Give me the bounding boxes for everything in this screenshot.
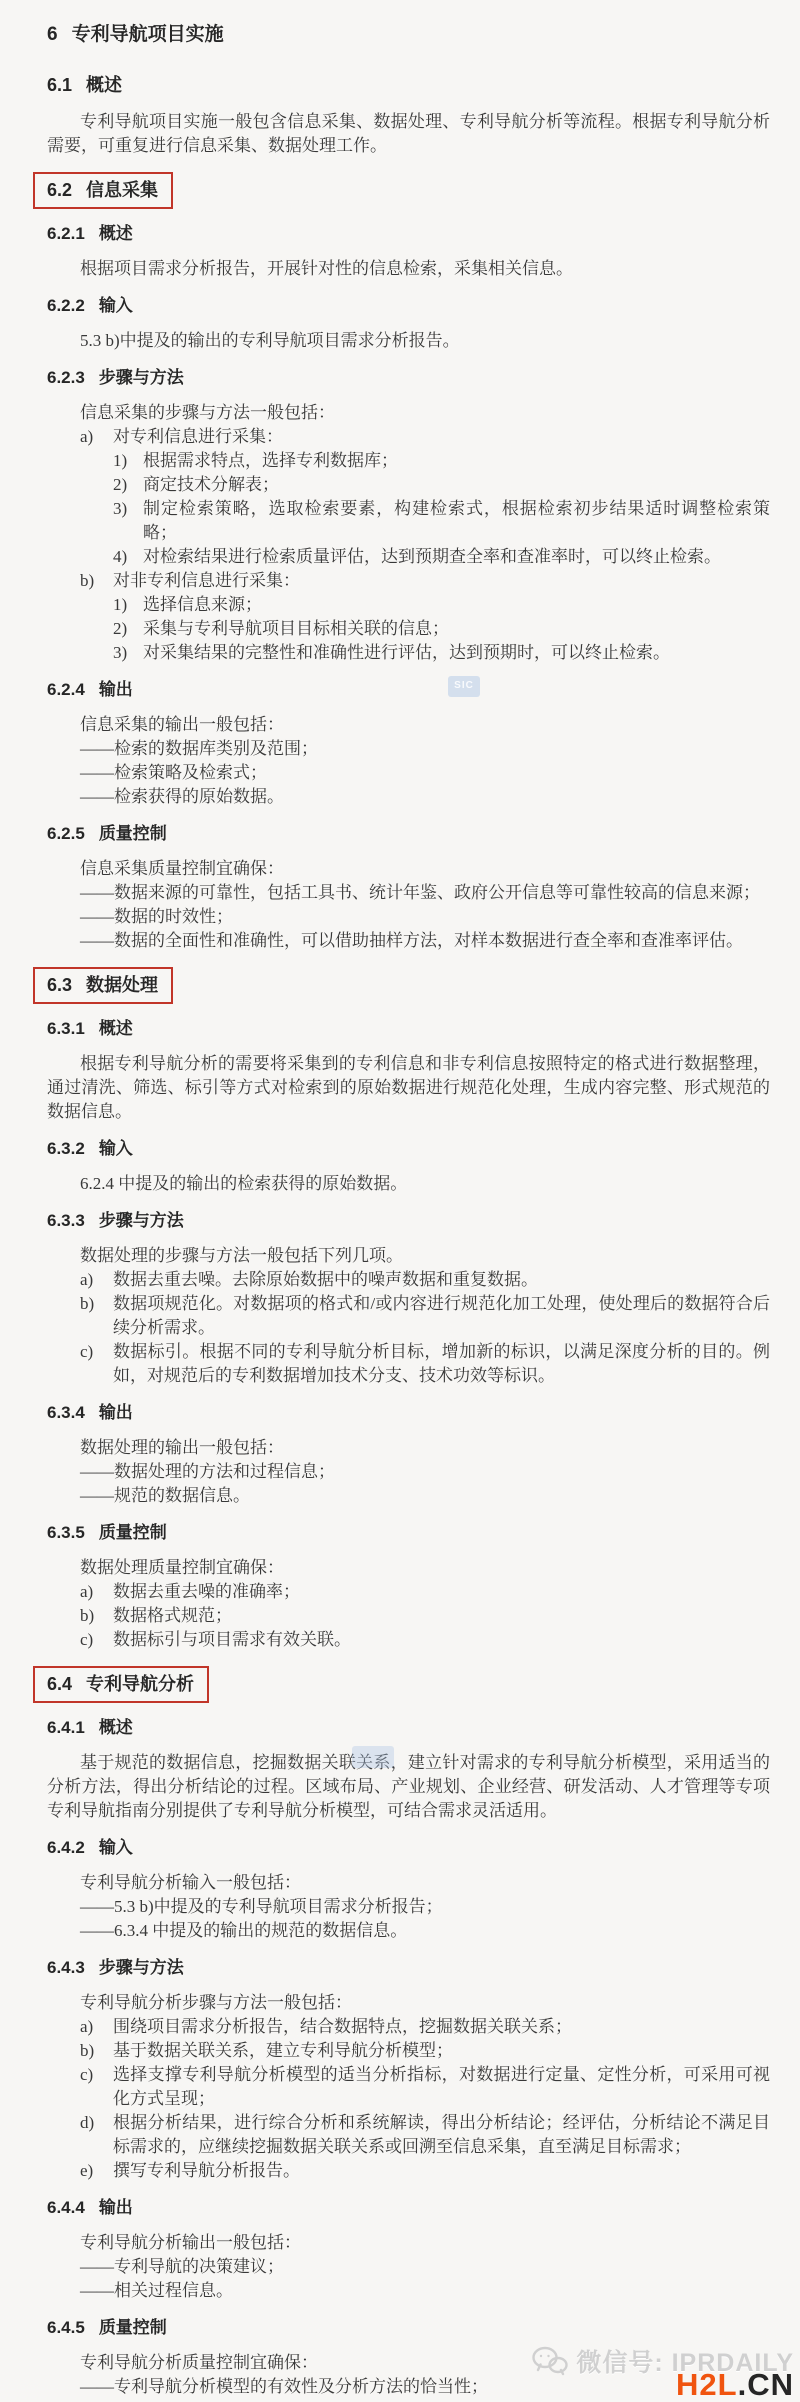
page-footer-watermark: 微信号: IPRDAILY H2L.CN [531, 2343, 794, 2400]
heading-title: 概述 [99, 224, 133, 243]
list-marker: c) [80, 2063, 93, 2087]
dash-item: ——数据的时效性； [47, 905, 770, 929]
dash-item: ——规范的数据信息。 [47, 1484, 770, 1508]
heading-title: 输入 [99, 296, 133, 315]
heading-title: 质量控制 [99, 1523, 167, 1542]
watermark-stamp: SIC [448, 676, 480, 697]
dash-item: ——检索获得的原始数据。 [47, 785, 770, 809]
heading-number: 6.2.1 [47, 224, 85, 243]
section-heading: 6.1概述 [47, 72, 770, 98]
list-marker: a) [80, 1268, 93, 1292]
list-item: a)数据去重去噪的准确率； [47, 1580, 770, 1604]
heading-title: 输入 [99, 1139, 133, 1158]
heading-inner: 6.3.2输入 [47, 1139, 133, 1158]
heading-number: 6.4.3 [47, 1958, 85, 1977]
list-text: 对非专利信息进行采集： [113, 571, 300, 590]
list-text: 数据格式规范； [113, 1606, 232, 1625]
heading-number: 6.4.1 [47, 1718, 85, 1737]
heading-inner: 6.4.2输入 [47, 1838, 133, 1857]
heading-number: 6.2.5 [47, 824, 85, 843]
subsection-heading: 6.2.4输出 [47, 677, 770, 703]
subsection-heading: 6.3.2输入 [47, 1136, 770, 1162]
section-heading: 6.2信息采集 [47, 172, 770, 209]
list-item: d)根据分析结果，进行综合分析和系统解读，得出分析结论；经评估，分析结论不满足目… [47, 2111, 770, 2159]
list-marker: a) [80, 2015, 93, 2039]
heading-inner: 6专利导航项目实施 [47, 24, 224, 45]
heading-number: 6.3.1 [47, 1019, 85, 1038]
list-marker: b) [80, 1604, 94, 1628]
list-marker: b) [80, 2039, 94, 2063]
heading-title: 质量控制 [99, 824, 167, 843]
list-item: a)对专利信息进行采集： [47, 425, 770, 449]
paragraph: 信息采集的步骤与方法一般包括： [47, 401, 770, 425]
heading-number: 6.4 [47, 1674, 72, 1694]
list-marker: 1) [113, 593, 127, 617]
heading-inner: 6.2.3步骤与方法 [47, 368, 184, 387]
list-text: 撰写专利导航分析报告。 [113, 2161, 300, 2180]
heading-title: 步骤与方法 [99, 368, 184, 387]
heading-number: 6.4.4 [47, 2198, 85, 2217]
heading-title: 概述 [99, 1019, 133, 1038]
list-item: 3)对采集结果的完整性和准确性进行评估，达到预期时，可以终止检索。 [47, 641, 770, 665]
list-marker: 1) [113, 449, 127, 473]
paragraph: 信息采集的输出一般包括： [47, 713, 770, 737]
section-heading: 6.3数据处理 [47, 967, 770, 1004]
list-item: c)数据标引。根据不同的专利导航分析目标，增加新的标识，以满足深度分析的目的。例… [47, 1340, 770, 1388]
list-item: c)选择支撑专利导航分析模型的适当分析指标，对数据进行定量、定性分析，可采用可视… [47, 2063, 770, 2111]
list-marker: 4) [113, 545, 127, 569]
list-marker: 2) [113, 617, 127, 641]
heading-title: 信息采集 [86, 180, 158, 200]
list-item: 2)商定技术分解表； [47, 473, 770, 497]
chapter-heading: 6专利导航项目实施 [47, 22, 770, 48]
heading-number: 6.2 [47, 180, 72, 200]
site-tld: .CN [738, 2367, 794, 2402]
heading-number: 6.2.3 [47, 368, 85, 387]
paragraph: 信息采集质量控制宜确保： [47, 857, 770, 881]
heading-title: 专利导航项目实施 [72, 24, 224, 45]
paragraph: 5.3 b)中提及的输出的专利导航项目需求分析报告。 [47, 329, 770, 353]
list-text: 商定技术分解表； [143, 475, 279, 494]
heading-title: 概述 [99, 1718, 133, 1737]
heading-number: 6.4.5 [47, 2318, 85, 2337]
heading-number: 6 [47, 24, 58, 45]
heading-title: 概述 [86, 75, 122, 95]
heading-inner: 6.4.3步骤与方法 [47, 1958, 184, 1977]
list-text: 数据去重去噪。去除原始数据中的噪声数据和重复数据。 [113, 1270, 538, 1289]
heading-inner: 6.1概述 [47, 75, 122, 95]
list-text: 根据需求特点，选择专利数据库； [143, 451, 398, 470]
list-text: 数据标引。根据不同的专利导航分析目标，增加新的标识，以满足深度分析的目的。例如，… [113, 1342, 770, 1385]
heading-title: 输出 [99, 1403, 133, 1422]
list-marker: 3) [113, 641, 127, 665]
paragraph: 根据专利导航分析的需要将采集到的专利信息和非专利信息按照特定的格式进行数据整理，… [47, 1052, 770, 1124]
heading-number: 6.3 [47, 975, 72, 995]
dash-item: ——数据的全面性和准确性，可以借助抽样方法，对样本数据进行查全率和查准率评估。 [47, 929, 770, 953]
list-item: a)围绕项目需求分析报告，结合数据特点，挖掘数据关联关系； [47, 2015, 770, 2039]
list-item: 1)根据需求特点，选择专利数据库； [47, 449, 770, 473]
heading-inner: 6.2.1概述 [47, 224, 133, 243]
paragraph: 根据项目需求分析报告，开展针对性的信息检索，采集相关信息。 [47, 257, 770, 281]
list-text: 对采集结果的完整性和准确性进行评估，达到预期时，可以终止检索。 [143, 643, 670, 662]
paragraph: 数据处理质量控制宜确保： [47, 1556, 770, 1580]
paragraph: 专利导航分析输入一般包括： [47, 1871, 770, 1895]
list-item: 2)采集与专利导航项目目标相关联的信息； [47, 617, 770, 641]
list-item: 1)选择信息来源； [47, 593, 770, 617]
list-text: 对检索结果进行检索质量评估，达到预期查全率和查准率时，可以终止检索。 [143, 547, 721, 566]
list-item: 3)制定检索策略，选取检索要素，构建检索式，根据检索初步结果适时调整检索策略； [47, 497, 770, 545]
list-marker: c) [80, 1340, 93, 1364]
paragraph: 6.2.4 中提及的输出的检索获得的原始数据。 [47, 1172, 770, 1196]
heading-inner: 6.3.5质量控制 [47, 1523, 167, 1542]
heading-title: 质量控制 [99, 2318, 167, 2337]
subsection-heading: 6.3.1概述 [47, 1016, 770, 1042]
heading-inner: 6.4.4输出 [47, 2198, 133, 2217]
heading-number: 6.3.2 [47, 1139, 85, 1158]
subsection-heading: 6.2.1概述 [47, 221, 770, 247]
subsection-heading: 6.2.3步骤与方法 [47, 365, 770, 391]
list-item: a)数据去重去噪。去除原始数据中的噪声数据和重复数据。 [47, 1268, 770, 1292]
list-item: b)基于数据关联关系，建立专利导航分析模型； [47, 2039, 770, 2063]
list-item: b)数据项规范化。对数据项的格式和/或内容进行规范化加工处理，使处理后的数据符合… [47, 1292, 770, 1340]
heading-inner: 6.3.4输出 [47, 1403, 133, 1422]
dash-item: ——检索的数据库类别及范围； [47, 737, 770, 761]
subsection-heading: 6.3.4输出 [47, 1400, 770, 1426]
list-text: 制定检索策略，选取检索要素，构建检索式，根据检索初步结果适时调整检索策略； [143, 499, 770, 542]
paragraph: 专利导航项目实施一般包含信息采集、数据处理、专利导航分析等流程。根据专利导航分析… [47, 110, 770, 158]
subsection-heading: 6.4.3步骤与方法 [47, 1955, 770, 1981]
heading-inner: 6.3.1概述 [47, 1019, 133, 1038]
list-item: c)数据标引与项目需求有效关联。 [47, 1628, 770, 1652]
list-marker: a) [80, 1580, 93, 1604]
heading-number: 6.2.2 [47, 296, 85, 315]
paragraph: 专利导航分析步骤与方法一般包括： [47, 1991, 770, 2015]
list-text: 选择信息来源； [143, 595, 262, 614]
dash-item: ——5.3 b)中提及的专利导航项目需求分析报告； [47, 1895, 770, 1919]
red-highlight-box: 6.4专利导航分析 [33, 1666, 209, 1703]
list-item: 4)对检索结果进行检索质量评估，达到预期查全率和查准率时，可以终止检索。 [47, 545, 770, 569]
scanned-document-page: 6专利导航项目实施6.1概述专利导航项目实施一般包含信息采集、数据处理、专利导航… [0, 0, 800, 2402]
section-heading: 6.4专利导航分析 [47, 1666, 770, 1703]
document-body: 6专利导航项目实施6.1概述专利导航项目实施一般包含信息采集、数据处理、专利导航… [47, 22, 770, 2399]
list-text: 选择支撑专利导航分析模型的适当分析指标，对数据进行定量、定性分析，可采用可视化方… [113, 2065, 770, 2108]
paragraph: 数据处理的输出一般包括： [47, 1436, 770, 1460]
dash-item: ——检索策略及检索式； [47, 761, 770, 785]
heading-number: 6.4.2 [47, 1838, 85, 1857]
site-name: H2L [676, 2367, 738, 2402]
list-marker: b) [80, 569, 94, 593]
dash-item: ——专利导航的决策建议； [47, 2255, 770, 2279]
subsection-heading: 6.4.2输入 [47, 1835, 770, 1861]
heading-title: 专利导航分析 [86, 1674, 194, 1694]
subsection-heading: 6.4.1概述 [47, 1715, 770, 1741]
list-text: 根据分析结果，进行综合分析和系统解读，得出分析结论；经评估，分析结论不满足目标需… [113, 2113, 770, 2156]
heading-title: 输入 [99, 1838, 133, 1857]
dash-item: ——数据处理的方法和过程信息； [47, 1460, 770, 1484]
list-text: 对专利信息进行采集： [113, 427, 283, 446]
list-text: 数据去重去噪的准确率； [113, 1582, 300, 1601]
heading-inner: 6.4.1概述 [47, 1718, 133, 1737]
subsection-heading: 6.2.5质量控制 [47, 821, 770, 847]
heading-title: 步骤与方法 [99, 1211, 184, 1230]
heading-number: 6.3.5 [47, 1523, 85, 1542]
subsection-heading: 6.4.4输出 [47, 2195, 770, 2221]
subsection-heading: 6.4.5质量控制 [47, 2315, 770, 2341]
heading-title: 步骤与方法 [99, 1958, 184, 1977]
heading-inner: 6.4.5质量控制 [47, 2318, 167, 2337]
subsection-heading: 6.2.2输入 [47, 293, 770, 319]
list-text: 数据项规范化。对数据项的格式和/或内容进行规范化加工处理，使处理后的数据符合后续… [113, 1294, 770, 1337]
dash-item: ——6.3.4 中提及的输出的规范的数据信息。 [47, 1919, 770, 1943]
list-marker: 3) [113, 497, 127, 521]
list-item: e)撰写专利导航分析报告。 [47, 2159, 770, 2183]
subsection-heading: 6.3.3步骤与方法 [47, 1208, 770, 1234]
heading-number: 6.2.4 [47, 680, 85, 699]
heading-inner: 6.3.3步骤与方法 [47, 1211, 184, 1230]
red-highlight-box: 6.3数据处理 [33, 967, 173, 1004]
heading-inner: 6.2.2输入 [47, 296, 133, 315]
heading-number: 6.1 [47, 75, 72, 95]
list-text: 采集与专利导航项目目标相关联的信息； [143, 619, 449, 638]
heading-title: 输出 [99, 680, 133, 699]
list-marker: 2) [113, 473, 127, 497]
red-highlight-box: 6.2信息采集 [33, 172, 173, 209]
heading-number: 6.3.3 [47, 1211, 85, 1230]
list-marker: b) [80, 1292, 94, 1316]
list-marker: e) [80, 2159, 93, 2183]
subsection-heading: 6.3.5质量控制 [47, 1520, 770, 1546]
list-text: 数据标引与项目需求有效关联。 [113, 1630, 351, 1649]
list-marker: c) [80, 1628, 93, 1652]
list-item: b)对非专利信息进行采集： [47, 569, 770, 593]
list-marker: d) [80, 2111, 94, 2135]
heading-title: 输出 [99, 2198, 133, 2217]
watermark-stamp [352, 1746, 394, 1768]
dash-item: ——相关过程信息。 [47, 2279, 770, 2303]
dash-item: ——数据来源的可靠性，包括工具书、统计年鉴、政府公开信息等可靠性较高的信息来源； [47, 881, 770, 905]
paragraph: 数据处理的步骤与方法一般包括下列几项。 [47, 1244, 770, 1268]
list-text: 围绕项目需求分析报告，结合数据特点，挖掘数据关联关系； [113, 2017, 572, 2036]
heading-title: 数据处理 [86, 975, 158, 995]
list-text: 基于数据关联关系，建立专利导航分析模型； [113, 2041, 453, 2060]
heading-inner: 6.2.5质量控制 [47, 824, 167, 843]
list-item: b)数据格式规范； [47, 1604, 770, 1628]
heading-number: 6.3.4 [47, 1403, 85, 1422]
paragraph: 基于规范的数据信息，挖掘数据关联关系，建立针对需求的专利导航分析模型，采用适当的… [47, 1751, 770, 1823]
wechat-icon [531, 2345, 569, 2377]
heading-inner: 6.2.4输出 [47, 680, 133, 699]
list-marker: a) [80, 425, 93, 449]
paragraph: 专利导航分析输出一般包括： [47, 2231, 770, 2255]
